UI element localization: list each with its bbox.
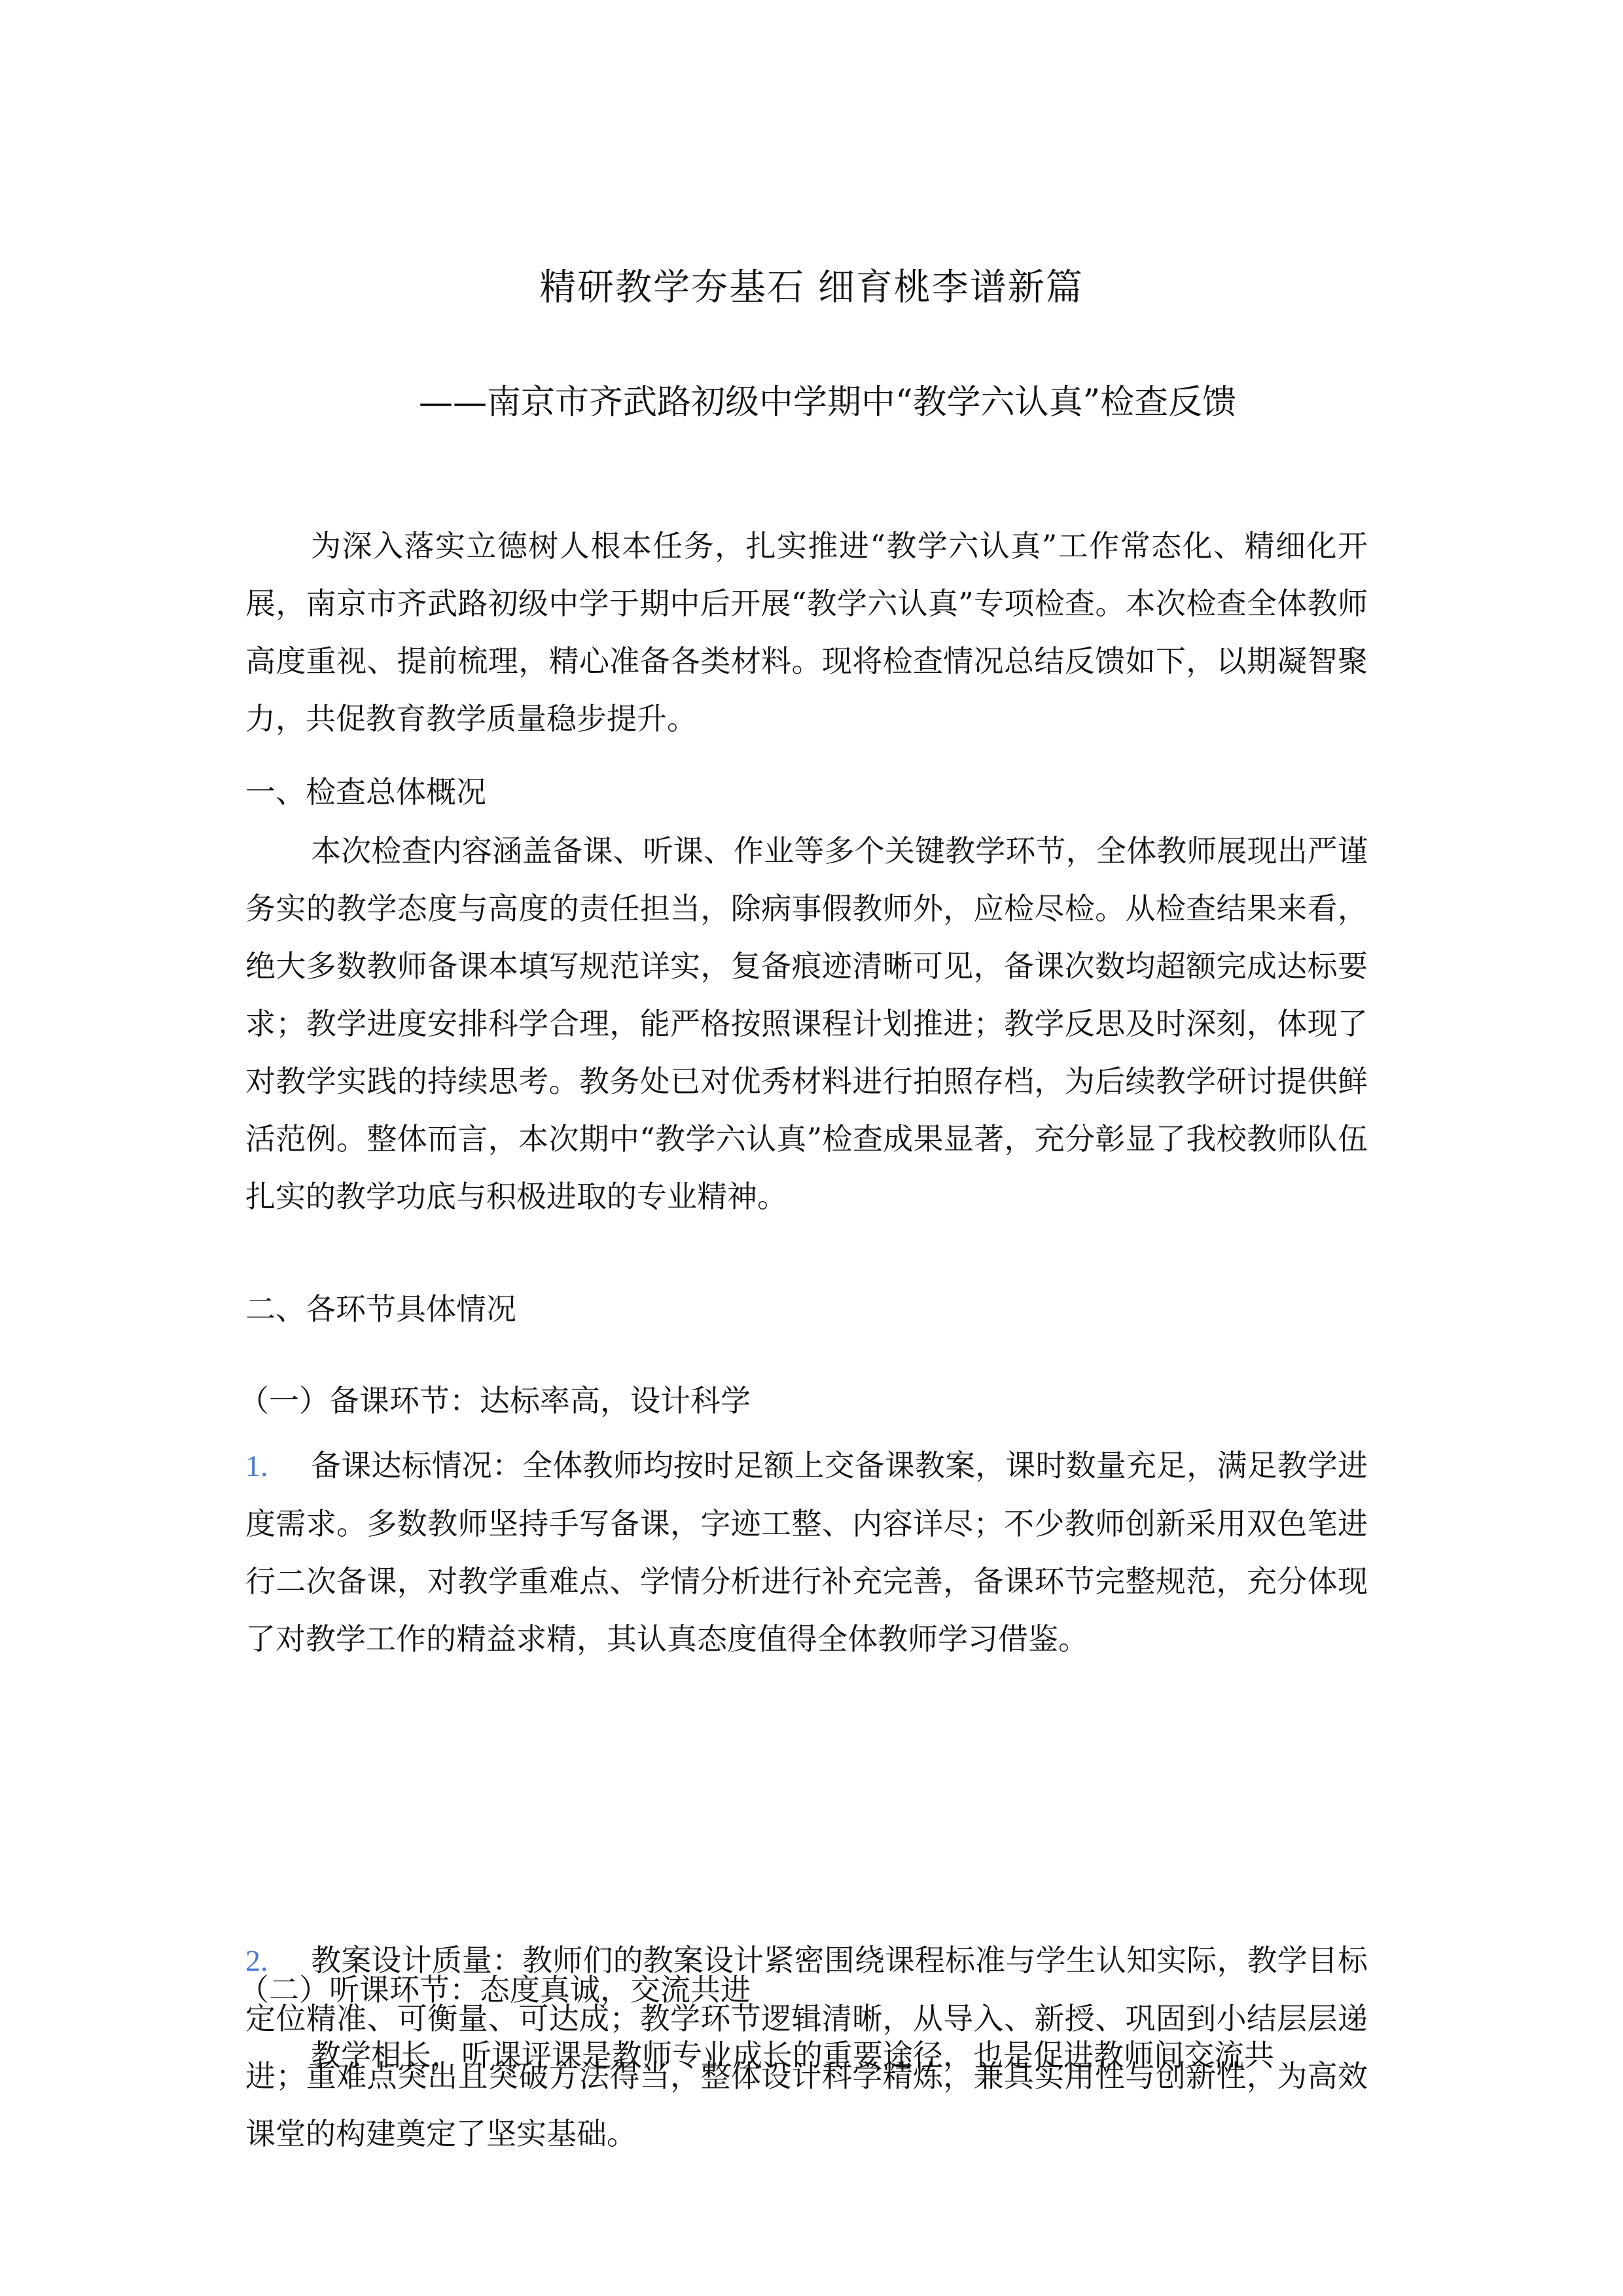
section-heading-details: 二、各环节具体情况 bbox=[245, 1289, 1368, 1329]
section-overview-body: 本次检查内容涵盖备课、听课、作业等多个关键教学环节，全体教师展现出严谨务实的教学… bbox=[245, 822, 1368, 1225]
list-item-prep-standard: 1.备课达标情况：全体教师均按时足额上交备课教案，课时数量充足，满足教学进度需求… bbox=[245, 1437, 1368, 1668]
subsection-heading-lesson-prep: （一）备课环节：达标率高，设计科学 bbox=[239, 1381, 1361, 1420]
section-heading-overview: 一、检查总体概况 bbox=[245, 772, 1368, 812]
document-subtitle: ——南京市齐武路初级中学期中“教学六认真”检查反馈 bbox=[419, 376, 1236, 429]
subsection-observation-body: 教学相长，听课评课是教师专业成长的重要途径，也是促进教师间交流共 bbox=[245, 2026, 1368, 2084]
intro-paragraph: 为深入落实立德树人根本任务，扎实推进“教学六认真”工作常态化、精细化开展，南京市… bbox=[245, 517, 1368, 747]
list-number: 1. bbox=[245, 1437, 311, 1495]
document-page: 精研教学夯基石 细育桃李谱新篇 ——南京市齐武路初级中学期中“教学六认真”检查反… bbox=[0, 0, 1623, 2296]
document-title: 精研教学夯基石 细育桃李谱新篇 bbox=[0, 262, 1623, 314]
subsection-heading-observation: （二）听课环节：态度真诚，交流共进 bbox=[239, 1970, 1361, 2009]
list-item-lead: 备课达标情况： bbox=[311, 1448, 522, 1483]
